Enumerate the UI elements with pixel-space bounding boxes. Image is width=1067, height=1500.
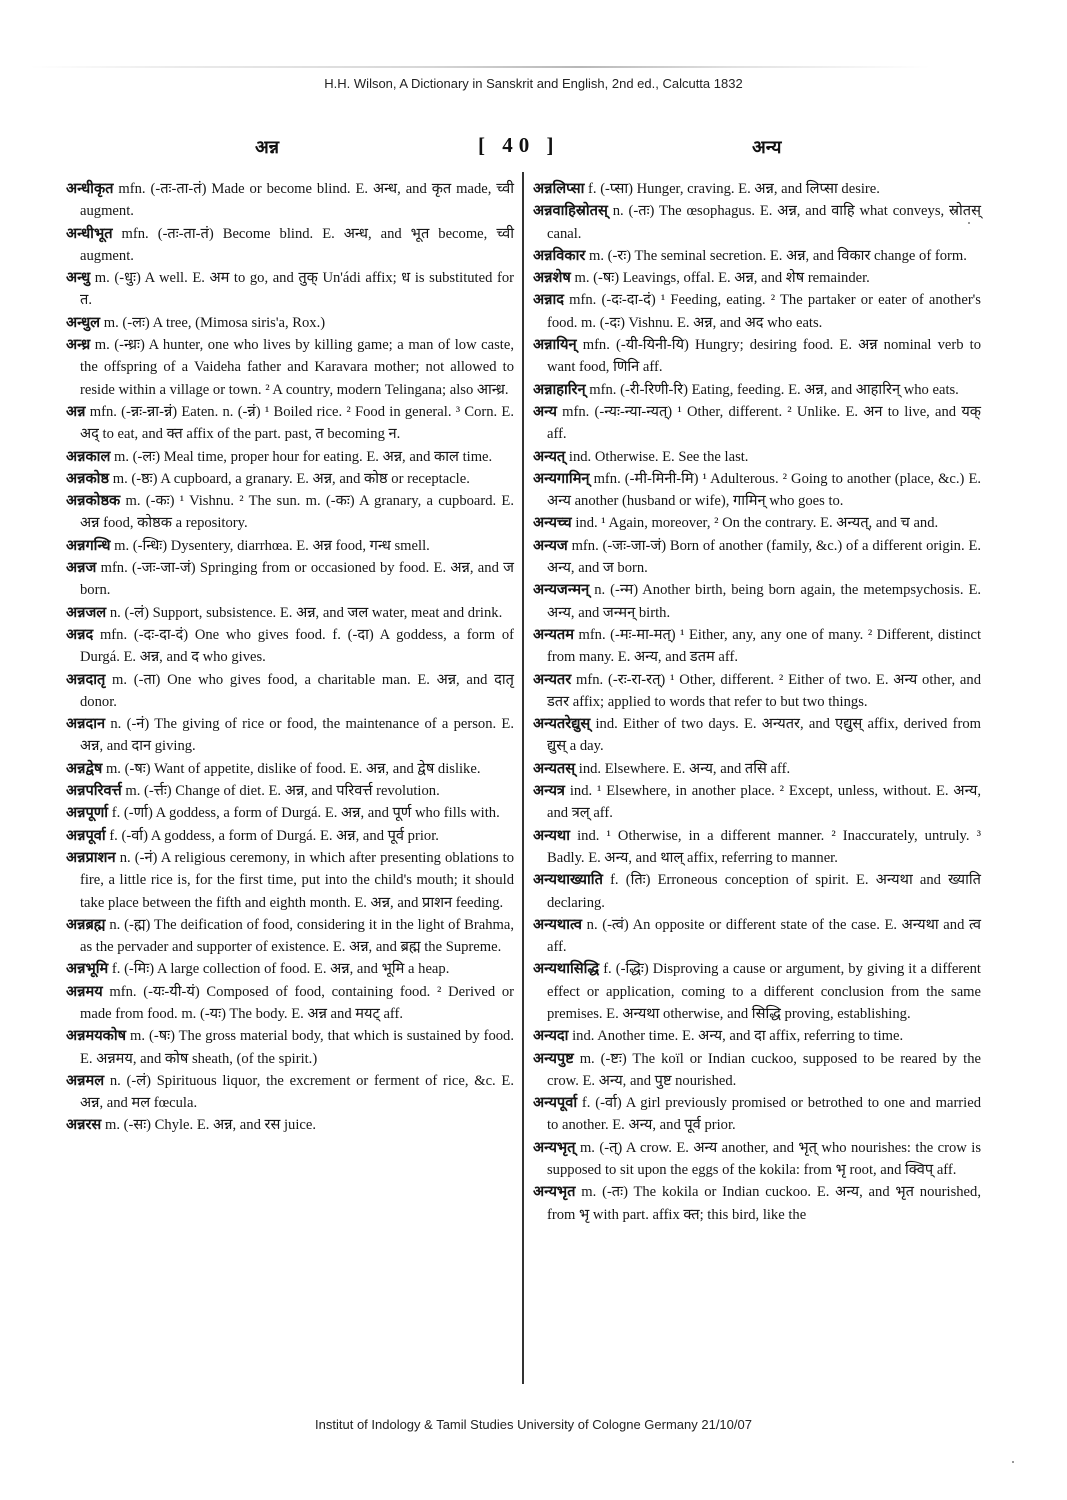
entry-definition: m. (-लः) Meal time, proper hour for eati… [114, 449, 492, 465]
entry-definition: m. (-ष्टः) The koïl or Indian cuckoo, su… [547, 1051, 981, 1089]
dictionary-entry: अन्यत् ind. Otherwise. E. See the last. [533, 446, 981, 468]
dictionary-entry: अन्नजल n. (-लं) Support, subsistence. E.… [66, 602, 514, 624]
entry-headword: अन्नकोष्ठ [66, 471, 109, 487]
running-head: अन्न [ 40 ] अन्य [0, 135, 1067, 165]
entry-headword: अन्ध्र [66, 337, 90, 353]
entry-definition: n. (-लं) Support, subsistence. E. अन्न, … [110, 605, 502, 621]
entry-headword: अन्नपरिवर्त्त [66, 783, 122, 799]
dictionary-entry: अन्न mfn. (-न्नः-न्ना-न्नं) Eaten. n. (-… [66, 401, 514, 446]
entry-definition: mfn. (-यः-यी-यं) Composed of food, conta… [80, 984, 514, 1022]
dictionary-entry: अन्यतम mfn. (-मः-मा-मत्) ¹ Either, any, … [533, 624, 981, 669]
entry-headword: अन्नभूमि [66, 961, 108, 977]
entry-definition: f. (-र्वा) A girl previously promised or… [547, 1095, 981, 1133]
dictionary-entry: अन्नज mfn. (-जः-जा-जं) Springing from or… [66, 557, 514, 602]
dictionary-entry: अन्ध्र m. (-न्ध्रः) A hunter, one who li… [66, 334, 514, 401]
entry-headword: अन्नज [66, 560, 96, 576]
dictionary-entry: अन्यपूर्वा f. (-र्वा) A girl previously … [533, 1092, 981, 1137]
entry-headword: अन्यतर [533, 672, 571, 688]
entry-headword: अन्नायिन् [533, 337, 577, 353]
entry-headword: अन्नदातृ [66, 672, 105, 688]
entry-definition: ind. Otherwise. E. See the last. [569, 449, 749, 465]
dictionary-entry: अन्यथा ind. ¹ Otherwise, in a different … [533, 825, 981, 870]
entry-headword: अन्नवाहिस्रोतस् [533, 203, 608, 219]
dictionary-entry: अन्नरस m. (-सः) Chyle. E. अन्न, and रस j… [66, 1114, 514, 1136]
entry-headword: अन्यतम [533, 627, 574, 643]
entry-headword: अन्यपुष्ट [533, 1051, 574, 1067]
entry-headword: अन्यगामिन् [533, 471, 590, 487]
left-catchword: अन्न [255, 135, 279, 159]
entry-definition: f. (-र्वा) A goddess, a form of Durgá. E… [109, 828, 439, 844]
dictionary-entry: अन्नमल n. (-लं) Spirituous liquor, the e… [66, 1070, 514, 1115]
entry-definition: f. (-मिः) A large collection of food. E.… [112, 961, 449, 977]
entry-definition: n. (-तः) The œsophagus. E. अन्न, and वाह… [547, 203, 981, 241]
dictionary-entry: अन्यच्च ind. ¹ Again, moreover, ² On the… [533, 512, 981, 534]
entry-definition: ind. ¹ Elsewhere, in another place. ² Ex… [547, 783, 981, 821]
entry-definition: f. (-द्धिः) Disproving a cause or argume… [547, 961, 981, 1022]
entry-definition: f. (-र्णा) A goddess, a form of Durgá. E… [112, 805, 500, 821]
entry-headword: अन्यत्र [533, 783, 565, 799]
entry-definition: mfn. (-न्नः-न्ना-न्नं) Eaten. n. (-न्नं)… [80, 404, 514, 442]
entry-definition: ind. ¹ Again, moreover, ² On the contrar… [575, 515, 938, 531]
entry-headword: अन्यजन्मन् [533, 582, 589, 598]
entry-headword: अन्यथात्व [533, 917, 582, 933]
dictionary-entry: अन्धुल m. (-लः) A tree, (Mimosa siris'a,… [66, 312, 514, 334]
dictionary-entry: अन्धीकृत mfn. (-तः-ता-तं) Made or become… [66, 178, 514, 223]
dictionary-entry: अन्नशेष m. (-षः) Leavings, offal. E. अन्… [533, 267, 981, 289]
entry-definition: m. (-षः) Leavings, offal. E. अन्न, and श… [574, 270, 869, 286]
entry-headword: अन्धीभूत [66, 226, 113, 242]
dictionary-entry: अन्यत्र ind. ¹ Elsewhere, in another pla… [533, 780, 981, 825]
source-citation: H.H. Wilson, A Dictionary in Sanskrit an… [0, 76, 1067, 91]
entry-definition: m. (-न्ध्रः) A hunter, one who lives by … [80, 337, 514, 398]
entry-headword: अन्नगन्धि [66, 538, 110, 554]
entry-headword: अन्नशेष [533, 270, 571, 286]
entry-definition: m. (-त्) A crow. E. अन्य another, and भृ… [547, 1140, 981, 1178]
dictionary-entry: अन्नदान n. (-नं) The giving of rice or f… [66, 713, 514, 758]
dictionary-entry: अन्नद्वेष m. (-षः) Want of appetite, dis… [66, 758, 514, 780]
dictionary-entry: अन्यथाख्याति f. (तिः) Erroneous concepti… [533, 869, 981, 914]
left-column: अन्धीकृत mfn. (-तः-ता-तं) Made or become… [66, 178, 514, 1137]
entry-headword: अन्नब्रह्म [66, 917, 106, 933]
dictionary-entry: अन्नगन्धि m. (-न्धिः) Dysentery, diarrhœ… [66, 535, 514, 557]
entry-headword: अन्यथाख्याति [533, 872, 603, 888]
dictionary-entry: अन्नवाहिस्रोतस् n. (-तः) The œsophagus. … [533, 200, 981, 245]
entry-definition: ind. Either of two days. E. अन्यतर, and … [547, 716, 981, 754]
entry-headword: अन्नकोष्ठक [66, 493, 120, 509]
right-catchword: अन्य [752, 135, 782, 159]
dictionary-entry: अन्यभृत m. (-तः) The kokila or Indian cu… [533, 1181, 981, 1226]
entry-definition: n. (-ह्म) The deification of food, consi… [80, 917, 514, 955]
dictionary-entry: अन्यज mfn. (-जः-जा-जं) Born of another (… [533, 535, 981, 580]
entry-headword: अन्य [533, 404, 557, 420]
entry-definition: n. (-नं) A religious ceremony, in which … [80, 850, 514, 911]
entry-headword: अन्नद [66, 627, 93, 643]
dictionary-entry: अन्नकाल m. (-लः) Meal time, proper hour … [66, 446, 514, 468]
dictionary-entry: अन्यतर mfn. (-रः-रा-रत्) ¹ Other, differ… [533, 669, 981, 714]
entry-headword: अन्नरस [66, 1117, 101, 1133]
entry-headword: अन्नजल [66, 605, 106, 621]
dictionary-entry: अन्यभृत् m. (-त्) A crow. E. अन्य anothe… [533, 1137, 981, 1182]
entry-headword: अन्नमल [66, 1073, 104, 1089]
entry-headword: अन्यपूर्वा [533, 1095, 577, 1111]
dictionary-entry: अन्नमय mfn. (-यः-यी-यं) Composed of food… [66, 981, 514, 1026]
entry-headword: अन्नपूर्वा [66, 828, 106, 844]
entry-definition: mfn. (-दः-दा-दं) One who gives food. f. … [80, 627, 514, 665]
entry-definition: f. (-प्सा) Hunger, craving. E. अन्न, and… [588, 181, 880, 197]
entry-headword: अन्नाहारिन् [533, 382, 586, 398]
entry-headword: अन्नकाल [66, 449, 110, 465]
entry-definition: m. (-सः) Chyle. E. अन्न, and रस juice. [105, 1117, 316, 1133]
entry-definition: ind. Elsewhere. E. अन्य, and तसि aff. [579, 761, 790, 777]
entry-definition: f. (तिः) Erroneous conception of spirit.… [547, 872, 981, 910]
entry-definition: m. (-तः) The kokila or Indian cuckoo. E.… [547, 1184, 981, 1222]
dictionary-entry: अन्नकोष्ठ m. (-ष्ठः) A cupboard, a grana… [66, 468, 514, 490]
entry-headword: अन्नपूर्णा [66, 805, 108, 821]
entry-definition: m. (-न्धिः) Dysentery, diarrhœa. E. अन्न… [114, 538, 430, 554]
entry-definition: n. (-त्वं) An opposite or different stat… [547, 917, 981, 955]
dictionary-entry: अन्नाद mfn. (-दः-दा-दं) ¹ Feeding, eatin… [533, 289, 981, 334]
entry-definition: mfn. (-मी-मिनी-मि) ¹ Adulterous. ² Going… [547, 471, 981, 509]
entry-definition: m. (-रः) The seminal secretion. E. अन्न,… [589, 248, 967, 264]
entry-headword: अन्यभृत् [533, 1140, 576, 1156]
entry-definition: mfn. (-तः-ता-तं) Made or become blind. E… [80, 181, 514, 219]
dictionary-entry: अन्यथासिद्धि f. (-द्धिः) Disproving a ca… [533, 958, 981, 1025]
entry-definition: mfn. (-दः-दा-दं) ¹ Feeding, eating. ² Th… [547, 292, 981, 330]
dictionary-entry: अन्नभूमि f. (-मिः) A large collection of… [66, 958, 514, 980]
entry-headword: अन्नप्राशन [66, 850, 116, 866]
entry-headword: अन्न [66, 404, 85, 420]
entry-headword: अन्धीकृत [66, 181, 113, 197]
entry-headword: अन्यतस् [533, 761, 575, 777]
entry-headword: अन्धु [66, 270, 90, 286]
dictionary-entry: अन्यजन्मन् n. (-न्म) Another birth, bein… [533, 579, 981, 624]
dictionary-entry: अन्नविकार m. (-रः) The seminal secretion… [533, 245, 981, 267]
entry-definition: ind. ¹ Otherwise, in a different manner.… [547, 828, 981, 866]
entry-headword: अन्नमयकोष [66, 1028, 126, 1044]
dictionary-entry: अन्धु m. (-धुः) A well. E. अम to go, and… [66, 267, 514, 312]
entry-definition: m. (-र्त्तः) Change of diet. E. अन्न, an… [125, 783, 439, 799]
entry-definition: mfn. (-री-रिणी-रि) Eating, feeding. E. अ… [589, 382, 959, 398]
entry-headword: अन्यत् [533, 449, 565, 465]
entry-definition: mfn. (-मः-मा-मत्) ¹ Either, any, any one… [547, 627, 981, 665]
scan-artifact-line [30, 66, 1030, 68]
entry-definition: m. (-षः) Want of appetite, dislike of fo… [106, 761, 481, 777]
entry-definition: m. (-षः) The gross material body, that w… [80, 1028, 514, 1066]
entry-definition: mfn. (-यी-यिनी-यि) Hungry; desiring food… [547, 337, 981, 375]
dictionary-entry: अन्नब्रह्म n. (-ह्म) The deification of … [66, 914, 514, 959]
scan-speck [1012, 1461, 1014, 1463]
entry-definition: mfn. (-तः-ता-तं) Become blind. E. अन्ध, … [80, 226, 514, 264]
dictionary-entry: अन्नाहारिन् mfn. (-री-रिणी-रि) Eating, f… [533, 379, 981, 401]
entry-headword: अन्धुल [66, 315, 100, 331]
dictionary-entry: अन्नायिन् mfn. (-यी-यिनी-यि) Hungry; des… [533, 334, 981, 379]
entry-headword: अन्नमय [66, 984, 103, 1000]
dictionary-entry: अन्नपरिवर्त्त m. (-र्त्तः) Change of die… [66, 780, 514, 802]
entry-headword: अन्नलिप्सा [533, 181, 584, 197]
dictionary-entry: अन्यदा ind. Another time. E. अन्य, and द… [533, 1025, 981, 1047]
entry-definition: m. (-धुः) A well. E. अम to go, and तुक् … [80, 270, 514, 308]
entry-definition: m. (-ता) One who gives food, a charitabl… [80, 672, 514, 710]
dictionary-entry: अन्यपुष्ट m. (-ष्टः) The koïl or Indian … [533, 1048, 981, 1093]
right-column: अन्नलिप्सा f. (-प्सा) Hunger, craving. E… [533, 178, 981, 1226]
entry-definition: m. (-कः) ¹ Vishnu. ² The sun. m. (-कः) A… [80, 493, 514, 531]
dictionary-entry: अन्नपूर्वा f. (-र्वा) A goddess, a form … [66, 825, 514, 847]
entry-headword: अन्यथासिद्धि [533, 961, 599, 977]
dictionary-entry: अन्नद mfn. (-दः-दा-दं) One who gives foo… [66, 624, 514, 669]
column-divider [522, 172, 524, 1384]
entry-definition: mfn. (-न्यः-न्या-न्यत्) ¹ Other, differe… [547, 404, 981, 442]
entry-headword: अन्नाद [533, 292, 564, 308]
dictionary-entry: अन्नदातृ m. (-ता) One who gives food, a … [66, 669, 514, 714]
dictionary-entry: अन्नमयकोष m. (-षः) The gross material bo… [66, 1025, 514, 1070]
entry-definition: mfn. (-जः-जा-जं) Born of another (family… [547, 538, 981, 576]
dictionary-entry: अन्नकोष्ठक m. (-कः) ¹ Vishnu. ² The sun.… [66, 490, 514, 535]
entry-definition: mfn. (-रः-रा-रत्) ¹ Other, different. ² … [547, 672, 981, 710]
entry-headword: अन्यथा [533, 828, 570, 844]
entry-definition: n. (-लं) Spirituous liquor, the excremen… [80, 1073, 514, 1111]
entry-headword: अन्यज [533, 538, 568, 554]
entry-headword: अन्नद्वेष [66, 761, 102, 777]
entry-headword: अन्यतरेद्युस् [533, 716, 590, 732]
entry-headword: अन्नविकार [533, 248, 585, 264]
entry-definition: n. (-नं) The giving of rice or food, the… [80, 716, 514, 754]
dictionary-entry: अन्यतरेद्युस् ind. Either of two days. E… [533, 713, 981, 758]
dictionary-entry: अन्नलिप्सा f. (-प्सा) Hunger, craving. E… [533, 178, 981, 200]
entry-headword: अन्यच्च [533, 515, 572, 531]
entry-definition: ind. Another time. E. अन्य, and दा affix… [572, 1028, 903, 1044]
dictionary-entry: अन्धीभूत mfn. (-तः-ता-तं) Become blind. … [66, 223, 514, 268]
dictionary-entry: अन्नपूर्णा f. (-र्णा) A goddess, a form … [66, 802, 514, 824]
entry-definition: mfn. (-जः-जा-जं) Springing from or occas… [80, 560, 514, 598]
dictionary-entry: अन्यगामिन् mfn. (-मी-मिनी-मि) ¹ Adultero… [533, 468, 981, 513]
dictionary-entry: अन्यथात्व n. (-त्वं) An opposite or diff… [533, 914, 981, 959]
scan-speck [968, 222, 970, 224]
dictionary-entry: अन्य mfn. (-न्यः-न्या-न्यत्) ¹ Other, di… [533, 401, 981, 446]
entry-headword: अन्यदा [533, 1028, 568, 1044]
footer-credit: Institut of Indology & Tamil Studies Uni… [0, 1417, 1067, 1432]
dictionary-entry: अन्यतस् ind. Elsewhere. E. अन्य, and तसि… [533, 758, 981, 780]
entry-definition: m. (-ष्ठः) A cupboard, a granary. E. अन्… [113, 471, 470, 487]
entry-definition: n. (-न्म) Another birth, being born agai… [547, 582, 981, 620]
entry-headword: अन्नदान [66, 716, 105, 732]
dictionary-entry: अन्नप्राशन n. (-नं) A religious ceremony… [66, 847, 514, 914]
entry-headword: अन्यभृत [533, 1184, 576, 1200]
entry-definition: m. (-लः) A tree, (Mimosa siris'a, Rox.) [104, 315, 325, 331]
page-number: [ 40 ] [478, 133, 560, 158]
